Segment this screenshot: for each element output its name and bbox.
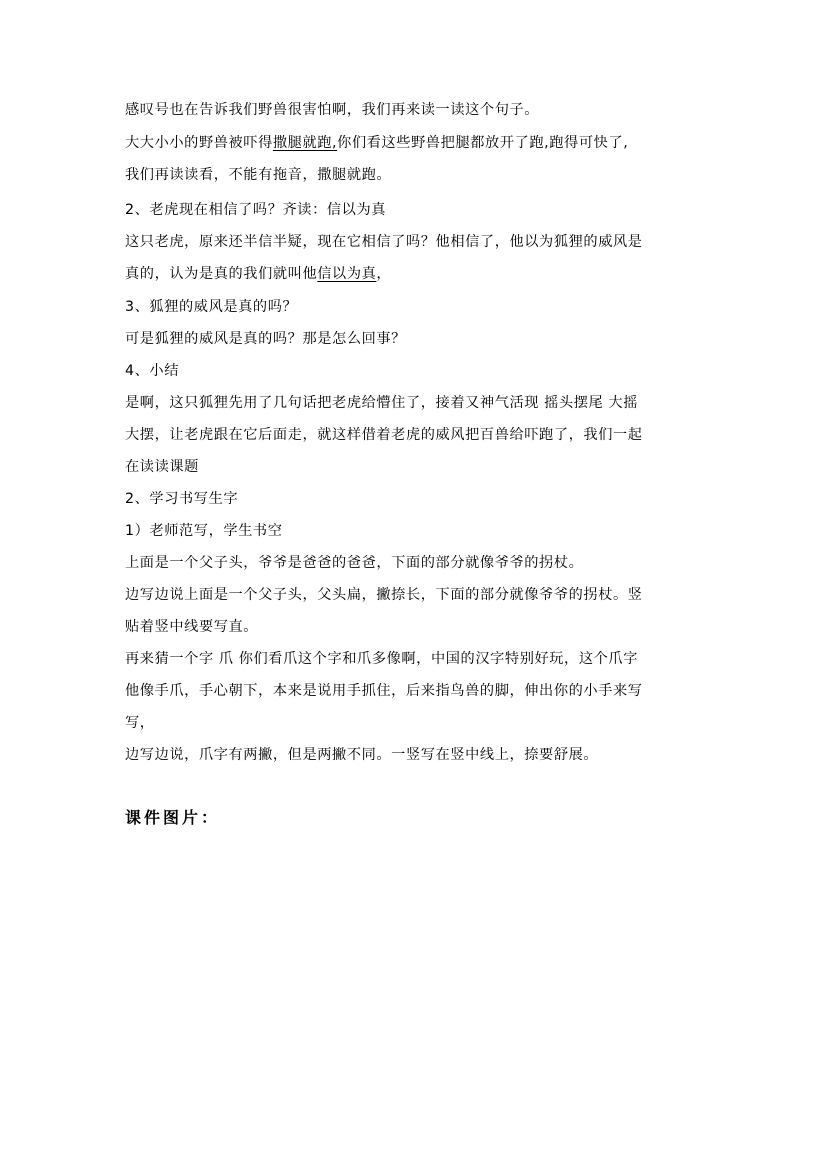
text-run: 边写边说上面是一个父子头，父头扁，撇捺长，下面的部分就像爷爷的拐杖。竖 bbox=[125, 587, 643, 603]
paragraph-line: 边写边说，爪字有两撇，但是两撇不同。一竖写在竖中线上，捺要舒展。 bbox=[125, 745, 715, 765]
text-run: 我们再读读看，不能有拖音，撒腿就跑。 bbox=[125, 167, 391, 183]
text-run: 2、老虎现在相信了吗？齐读：信以为真 bbox=[125, 202, 386, 218]
text-run: 写， bbox=[125, 715, 155, 731]
text-run: 贴着竖中线要写直。 bbox=[125, 619, 258, 635]
paragraph-line: 再来猜一个字 爪 你们看爪这个字和爪多像啊，中国的汉字特别好玩，这个爪字 bbox=[125, 649, 715, 669]
paragraph-line: 1）老师范写，学生书空 bbox=[125, 521, 715, 541]
paragraph-line: 真的，认为是真的我们就叫他信以为真， bbox=[125, 264, 715, 284]
text-run: 边写边说，爪字有两撇，但是两撇不同。一竖写在竖中线上，捺要舒展。 bbox=[125, 747, 598, 763]
paragraph-line: 上面是一个父子头，爷爷是爸爸的爸爸，下面的部分就像爷爷的拐杖。 bbox=[125, 553, 715, 573]
text-run: ， bbox=[376, 266, 391, 282]
paragraph-line: 是啊，这只狐狸先用了几句话把老虎给懵住了，接着又神气活现 摇头摆尾 大摇 bbox=[125, 393, 715, 413]
text-run: 2、学习书写生字 bbox=[125, 491, 238, 507]
text-run: 3、狐狸的威风是真的吗？ bbox=[125, 299, 297, 315]
paragraph-line: 4、小结 bbox=[125, 361, 715, 381]
text-run: 是啊，这只狐狸先用了几句话把老虎给懵住了，接着又神气活现 摇头摆尾 大摇 bbox=[125, 395, 638, 411]
text-run: 这只老虎，原来还半信半疑，现在它相信了吗？他相信了，他以为狐狸的威风是 bbox=[125, 234, 643, 250]
paragraph-line: 可是狐狸的威风是真的吗？那是怎么回事？ bbox=[125, 329, 715, 349]
text-run: 大摆，让老虎跟在它后面走，就这样借着老虎的威风把百兽给吓跑了，我们一起 bbox=[125, 427, 643, 443]
section-heading-courseware-images: 课件图片： bbox=[125, 808, 715, 828]
text-run: 在读读课题 bbox=[125, 459, 199, 475]
paragraph-line: 我们再读读看，不能有拖音，撒腿就跑。 bbox=[125, 165, 715, 185]
paragraph-line: 这只老虎，原来还半信半疑，现在它相信了吗？他相信了，他以为狐狸的威风是 bbox=[125, 232, 715, 252]
document-page: 感叹号也在告诉我们野兽很害怕啊，我们再来读一读这个句子。大大小小的野兽被吓得撒腿… bbox=[0, 0, 827, 1170]
underlined-text: 信以为真 bbox=[317, 266, 376, 282]
paragraph-line: 3、狐狸的威风是真的吗？ bbox=[125, 297, 715, 317]
text-run: 感叹号也在告诉我们野兽很害怕啊，我们再来读一读这个句子。 bbox=[125, 102, 539, 118]
underlined-text: 撒腿就跑, bbox=[273, 135, 337, 151]
paragraph-line: 写， bbox=[125, 713, 715, 733]
text-run: 再来猜一个字 爪 你们看爪这个字和爪多像啊，中国的汉字特别好玩，这个爪字 bbox=[125, 651, 638, 667]
paragraph-line: 边写边说上面是一个父子头，父头扁，撇捺长，下面的部分就像爷爷的拐杖。竖 bbox=[125, 585, 715, 605]
paragraph-line: 他像手爪，手心朝下，本来是说用手抓住，后来指鸟兽的脚，伸出你的小手来写 bbox=[125, 681, 715, 701]
paragraph-line: 大大小小的野兽被吓得撒腿就跑,你们看这些野兽把腿都放开了跑,跑得可快了, bbox=[125, 133, 715, 153]
text-run: 可是狐狸的威风是真的吗？那是怎么回事？ bbox=[125, 331, 406, 347]
paragraph-line: 2、学习书写生字 bbox=[125, 489, 715, 509]
paragraph-line: 在读读课题 bbox=[125, 457, 715, 477]
paragraph-line: 感叹号也在告诉我们野兽很害怕啊，我们再来读一读这个句子。 bbox=[125, 100, 715, 120]
text-run: 上面是一个父子头，爷爷是爸爸的爸爸，下面的部分就像爷爷的拐杖。 bbox=[125, 555, 583, 571]
text-run: 你们看这些野兽把腿都放开了跑,跑得可快了, bbox=[337, 135, 628, 151]
text-run: 大大小小的野兽被吓得 bbox=[125, 135, 273, 151]
text-run: 他像手爪，手心朝下，本来是说用手抓住，后来指鸟兽的脚，伸出你的小手来写 bbox=[125, 683, 643, 699]
paragraph-line: 大摆，让老虎跟在它后面走，就这样借着老虎的威风把百兽给吓跑了，我们一起 bbox=[125, 425, 715, 445]
paragraph-line: 贴着竖中线要写直。 bbox=[125, 617, 715, 637]
paragraph-line: 2、老虎现在相信了吗？齐读：信以为真 bbox=[125, 200, 715, 220]
text-run: 真的，认为是真的我们就叫他 bbox=[125, 266, 317, 282]
text-run: 4、小结 bbox=[125, 363, 179, 379]
text-run: 1）老师范写，学生书空 bbox=[125, 523, 283, 539]
